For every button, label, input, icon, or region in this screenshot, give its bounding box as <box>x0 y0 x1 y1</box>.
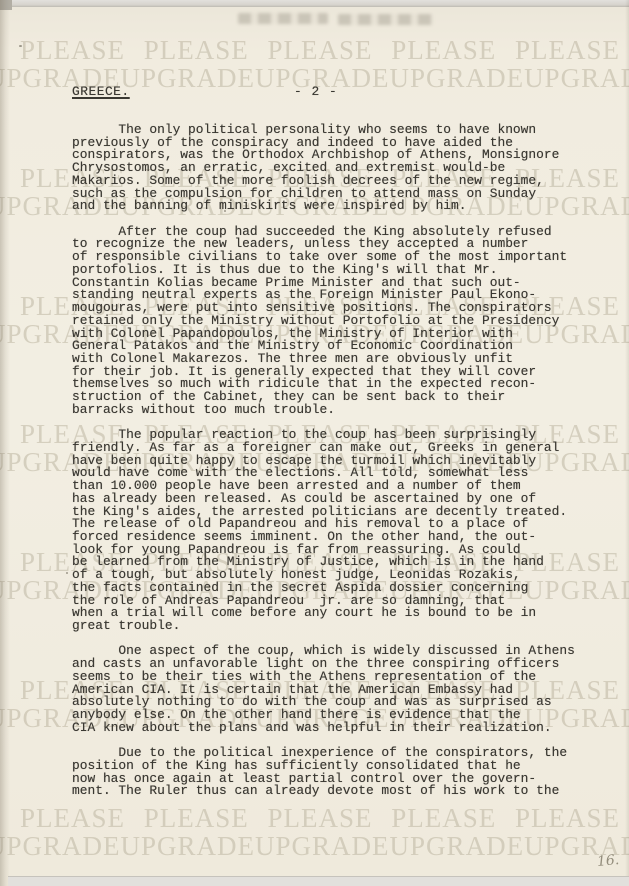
watermark-word: PLEASE <box>391 36 496 64</box>
watermark-word: PLEASE <box>20 36 125 64</box>
paragraph: The only political personality who seems… <box>72 124 592 213</box>
scanner-edge-right <box>625 0 629 886</box>
watermark-word: UPGRADE <box>121 832 256 860</box>
watermark-word: PLEASE <box>144 36 249 64</box>
watermark-word: UPGRADE <box>255 832 390 860</box>
watermark-row: UPGRADEUPGRADEUPGRADEUPGRADEUPGRADE <box>0 832 629 860</box>
paragraph: One aspect of the coup, which is widely … <box>72 645 592 734</box>
heading-row: GREECE. - 2 - <box>72 86 592 99</box>
document-title: GREECE. <box>72 84 130 99</box>
watermark-word: UPGRADE <box>0 832 121 860</box>
scanner-edge-left <box>0 0 10 886</box>
paragraph: The popular reaction to the coup has bee… <box>72 429 592 633</box>
scanned-document-page: PLEASEPLEASEPLEASEPLEASEPLEASEUPGRADEUPG… <box>0 0 629 886</box>
watermark-word: UPGRADE <box>390 832 525 860</box>
paragraph: Due to the political inexperience of the… <box>72 747 592 798</box>
watermark-row: PLEASEPLEASEPLEASEPLEASEPLEASE <box>20 36 620 64</box>
bleedthrough-smudge <box>238 13 328 24</box>
handwritten-page-number: 16. <box>596 852 620 870</box>
typed-text-column: GREECE. - 2 - The only political persona… <box>72 86 592 811</box>
scan-speck <box>224 210 226 212</box>
paragraph: After the coup had succeeded the King ab… <box>72 226 592 417</box>
scanner-edge-top <box>0 0 629 7</box>
scan-speck <box>66 572 68 574</box>
page-number: - 2 - <box>294 86 338 99</box>
scanner-edge-bottom <box>8 876 629 886</box>
watermark-word: PLEASE <box>515 36 620 64</box>
scan-speck <box>19 45 22 47</box>
bleedthrough-smudge <box>338 14 433 25</box>
watermark-word: PLEASE <box>267 36 372 64</box>
